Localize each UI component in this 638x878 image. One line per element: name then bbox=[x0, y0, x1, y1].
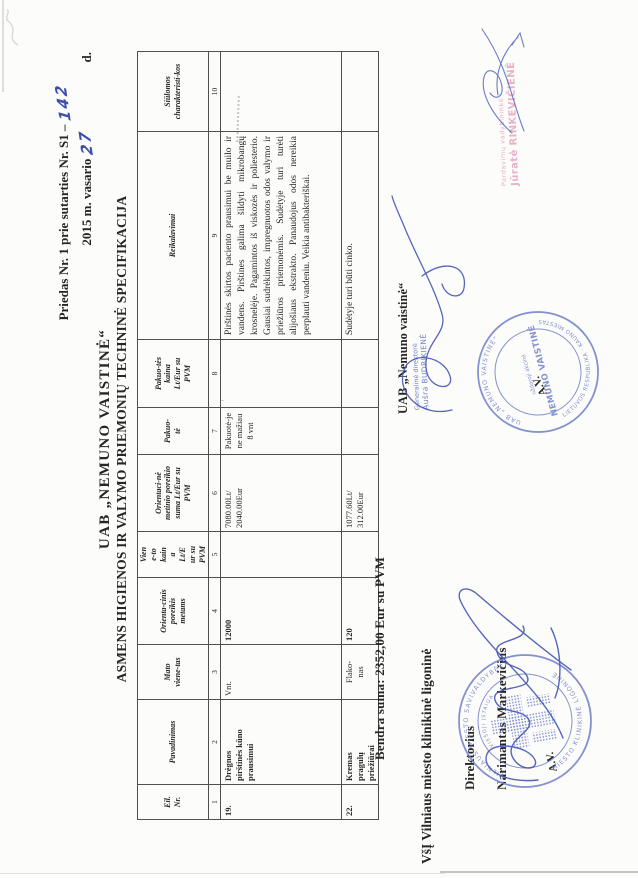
cell-r19-name: Drėgnos pirštinės kūno prausimui bbox=[221, 700, 342, 785]
col-number: 9 bbox=[209, 132, 221, 340]
scan-edge-shadow bbox=[0, 873, 445, 874]
cell-r22-package bbox=[342, 408, 379, 455]
cell-r19-unit: Vnt. bbox=[221, 645, 342, 700]
specification-title: ASMENS HIGIENOS IR VALYMO PRIEMONIŲ TECH… bbox=[114, 0, 130, 878]
col-header-eil-nr: Eil. Nr. bbox=[138, 785, 209, 820]
specification-table: Eil. Nr. Pavadinimas Mato viene-tas Orie… bbox=[137, 51, 379, 820]
scanned-document-page: Priedas Nr. 1 prie sutarties Nr. S1 – 14… bbox=[0, 0, 638, 878]
cell-r19-requirements: Pirštinės skirtos paciento prausimui be … bbox=[221, 132, 342, 340]
col-header-pakuote: Pakuo- tė bbox=[138, 408, 209, 455]
col-header-vieneto-kaina: Vien e-to kain a Lt/E ur su PVM bbox=[138, 532, 209, 578]
cell-r19-package: Pakuotė-je ne mažiau 8 vnt bbox=[221, 408, 342, 455]
rotated-scan-content: Priedas Nr. 1 prie sutarties Nr. S1 – 14… bbox=[0, 0, 638, 878]
col-number: 8 bbox=[209, 340, 221, 408]
col-header-mato-vienetas: Mato viene-tas bbox=[138, 645, 209, 700]
cell-r22-package-price bbox=[342, 340, 379, 408]
cell-r19-annual-sum: 7080.00Lt/ 2040.00Eur bbox=[221, 455, 342, 532]
col-number: 4 bbox=[209, 578, 221, 645]
col-header-siulomos: Siūlomos charakteristi-kos bbox=[138, 52, 209, 132]
cell-r22-annual-sum: 1077.60Lt/ 312.00Eur bbox=[342, 455, 379, 532]
col-number: 7 bbox=[209, 408, 221, 455]
cell-r19-unit-price bbox=[221, 532, 342, 578]
scan-edge-shadow bbox=[2, 0, 4, 92]
nemuno-vaistine-round-stamp: UAB „NEMUNO VAISTINĖ“ LIETUVOS RESPUBLIK… bbox=[474, 306, 604, 438]
seller-signature bbox=[382, 191, 477, 426]
date-line: 2015 m. vasario 27d. bbox=[75, 52, 98, 320]
company-title: UAB „NEMUNO VAISTINĖ“ bbox=[97, 0, 114, 878]
col-number: 10 bbox=[209, 52, 221, 132]
column-number-row: 1 2 3 4 5 6 7 8 9 10 bbox=[209, 52, 221, 820]
col-header-pavadinimas: Pavadinimas bbox=[138, 700, 209, 785]
date-prefix: 2015 m. vasario bbox=[79, 159, 94, 246]
col-number: 1 bbox=[209, 785, 221, 820]
scan-edge-shadow bbox=[440, 871, 638, 873]
cell-r22-requirements: Sudėtyje turi būti cinko. bbox=[342, 132, 379, 340]
col-number: 5 bbox=[209, 532, 221, 578]
sales-manager-signature bbox=[468, 20, 532, 145]
cell-r19-qty: 12000 bbox=[221, 578, 342, 645]
col-header-poreikis: Orienta-cinis poreikis metams bbox=[138, 578, 209, 645]
col-number: 2 bbox=[209, 700, 221, 785]
annex-line-text: Priedas Nr. 1 prie sutarties Nr. S1 – bbox=[56, 125, 71, 321]
handwritten-contract-number: 142 bbox=[49, 83, 78, 122]
pencil-scuff-mark bbox=[3, 8, 23, 48]
ink-speck: ’ bbox=[220, 399, 230, 402]
header-row: Eil. Nr. Pavadinimas Mato viene-tas Orie… bbox=[138, 52, 209, 820]
ink-speck: : bbox=[344, 333, 354, 336]
col-header-reikalavimai: Reikalavimai bbox=[138, 132, 209, 340]
col-number: 6 bbox=[209, 455, 221, 532]
col-number: 3 bbox=[209, 645, 221, 700]
cell-r19-number: 19. bbox=[221, 785, 342, 820]
buyer-signature bbox=[443, 583, 588, 798]
date-suffix: d. bbox=[79, 52, 94, 62]
total-sum-line: Bendra suma: 2352,00 Eur su PVM bbox=[372, 557, 388, 760]
col-header-pakuotes-kaina: Pakuo-tės kaina Lt/Eur su PVM bbox=[138, 340, 209, 408]
buyer-organization: VšĮ Vilniaus miesto klinikinė ligoninė bbox=[419, 649, 435, 864]
annex-header: Priedas Nr. 1 prie sutarties Nr. S1 – 14… bbox=[52, 52, 98, 320]
annex-line: Priedas Nr. 1 prie sutarties Nr. S1 – 14… bbox=[52, 52, 75, 320]
col-header-metine-suma: Orientaci-nė metinio poreikio suma Lt/Eu… bbox=[138, 455, 209, 532]
cell-r22-number: 22. bbox=[342, 785, 379, 820]
cell-r22-offered bbox=[342, 52, 379, 132]
table-row-19: 19. Drėgnos pirštinės kūno prausimui Vnt… bbox=[221, 52, 342, 820]
cell-r19-package-price bbox=[221, 340, 342, 408]
handwritten-day: 27 bbox=[73, 129, 100, 156]
